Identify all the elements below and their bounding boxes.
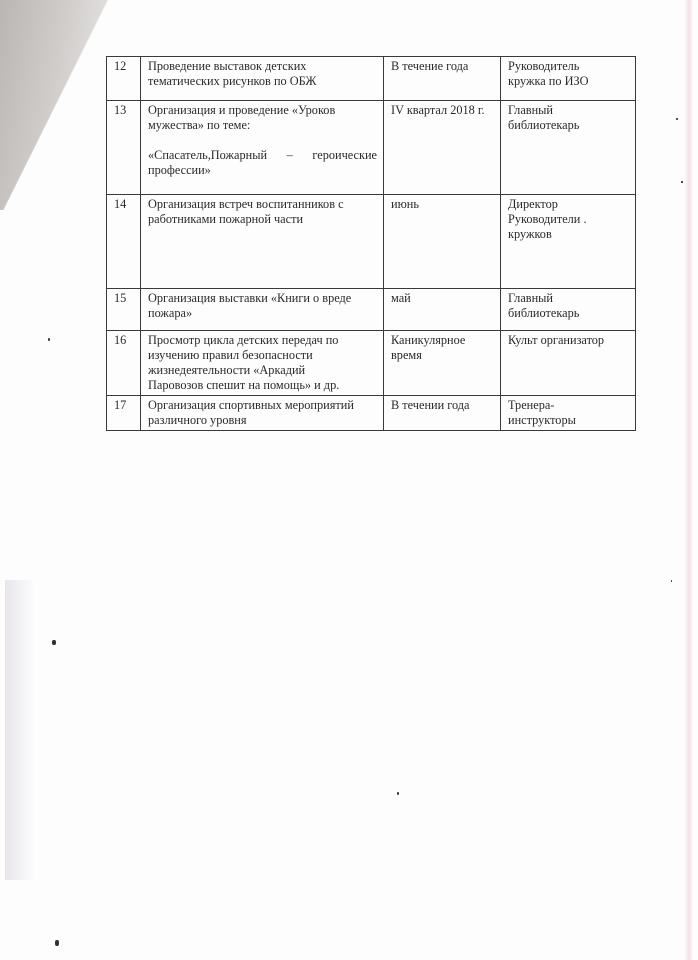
event-cell: Организация выставки «Книги о вредепожар…: [141, 289, 384, 331]
event-cell: Организация спортивных мероприятийразлич…: [141, 396, 384, 431]
cell-line: пожара»: [148, 306, 377, 321]
cell-line: Культ организатор: [508, 333, 629, 348]
term-cell: май: [384, 289, 501, 331]
scan-speck: [681, 181, 683, 183]
cell-line: кружка по ИЗО: [508, 74, 629, 89]
cell-line: профессии»: [148, 163, 377, 178]
cell-line: Тренера-: [508, 398, 629, 413]
event-cell: Организация и проведение «Уроковмужества…: [141, 101, 384, 195]
event-topic: «Спасатель,Пожарный – героическиепрофесс…: [148, 148, 377, 178]
table-row: 14Организация встреч воспитанников срабо…: [107, 195, 636, 289]
term-cell: В течении года: [384, 396, 501, 431]
cell-line: инструкторы: [508, 413, 629, 428]
responsible-cell: Культ организатор: [501, 331, 636, 396]
responsible-cell: Тренера-инструкторы: [501, 396, 636, 431]
cell-line: Просмотр цикла детских передач по: [148, 333, 377, 348]
cell-line: Руководитель: [508, 59, 629, 74]
row-number: 15: [107, 289, 141, 331]
scan-shadow: [5, 580, 35, 880]
cell-line: Паровозов спешит на помощь» и др.: [148, 378, 377, 393]
table-row: 12Проведение выставок детскихтематически…: [107, 57, 636, 101]
cell-line: Главный: [508, 291, 629, 306]
term-cell: IV квартал 2018 г.: [384, 101, 501, 195]
row-number: 14: [107, 195, 141, 289]
cell-line: тематических рисунков по ОБЖ: [148, 74, 377, 89]
row-number: 13: [107, 101, 141, 195]
scan-speck: [671, 580, 672, 582]
cell-line: «Спасатель,Пожарный – героические: [148, 148, 377, 163]
scan-right-edge: [684, 0, 694, 960]
cell-line: жизнедеятельности «Аркадий: [148, 363, 377, 378]
table-row: 13Организация и проведение «Уроковмужест…: [107, 101, 636, 195]
responsible-cell: Главныйбиблиотекарь: [501, 101, 636, 195]
cell-line: Организация спортивных мероприятий: [148, 398, 377, 413]
event-cell: Просмотр цикла детских передач поизучени…: [141, 331, 384, 396]
term-cell: Каникулярное время: [384, 331, 501, 396]
cell-line: работниками пожарной части: [148, 212, 377, 227]
responsible-cell: Главныйбиблиотекарь: [501, 289, 636, 331]
scan-speck: [52, 640, 56, 645]
term-cell: В течение года: [384, 57, 501, 101]
table-row: 16Просмотр цикла детских передач поизуче…: [107, 331, 636, 396]
cell-line: Руководители .: [508, 212, 629, 227]
cell-line: Директор: [508, 197, 629, 212]
cell-line: различного уровня: [148, 413, 377, 428]
row-number: 12: [107, 57, 141, 101]
cell-line: изучению правил безопасности: [148, 348, 377, 363]
table-row: 17Организация спортивных мероприятийразл…: [107, 396, 636, 431]
responsible-cell: Руководителькружка по ИЗО: [501, 57, 636, 101]
cell-line: Главный: [508, 103, 629, 118]
event-cell: Организация встреч воспитанников сработн…: [141, 195, 384, 289]
event-plan-table: 12Проведение выставок детскихтематически…: [106, 56, 636, 431]
cell-line: Организация выставки «Книги о вреде: [148, 291, 377, 306]
scan-speck: [397, 792, 399, 795]
cell-line: Проведение выставок детских: [148, 59, 377, 74]
cell-line: мужества» по теме:: [148, 118, 377, 133]
cell-line: Организация встреч воспитанников с: [148, 197, 377, 212]
scan-speck: [55, 940, 59, 946]
cell-line: библиотекарь: [508, 306, 629, 321]
row-number: 17: [107, 396, 141, 431]
row-number: 16: [107, 331, 141, 396]
term-cell: июнь: [384, 195, 501, 289]
scan-speck: [676, 118, 678, 120]
cell-line: Организация и проведение «Уроков: [148, 103, 377, 118]
responsible-cell: ДиректорРуководители .кружков: [501, 195, 636, 289]
cell-line: библиотекарь: [508, 118, 629, 133]
cell-line: кружков: [508, 227, 629, 242]
table-row: 15Организация выставки «Книги о вредепож…: [107, 289, 636, 331]
event-cell: Проведение выставок детскихтематических …: [141, 57, 384, 101]
scan-speck: [48, 338, 50, 341]
